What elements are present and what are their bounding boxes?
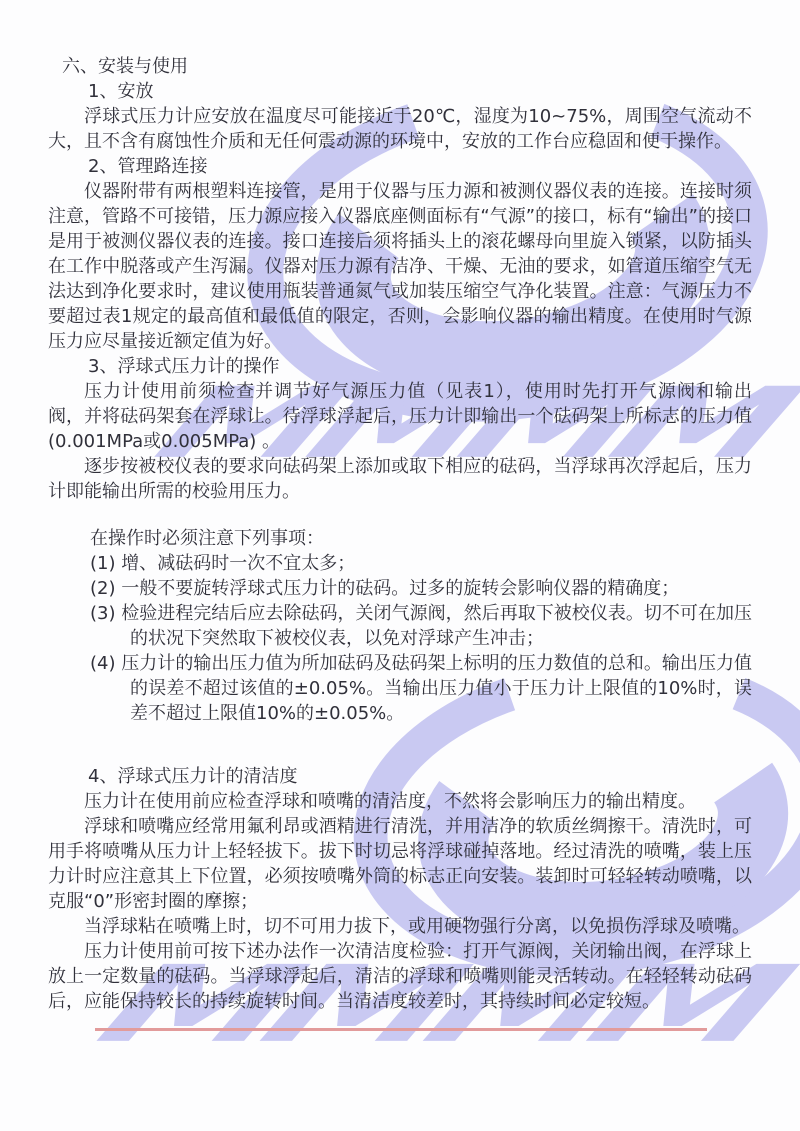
section-piping: 2、管理路连接 仪器附带有两根塑料连接管，是用于仪器与压力源和被测仪器仪表的连接… (48, 154, 752, 354)
document-body: 六、安装与使用 1、安放 浮球式压力计应安放在温度尽可能接近于20℃，湿度为10… (48, 54, 752, 1014)
section-cleanliness: 4、浮球式压力计的清洁度 压力计在使用前应检查浮球和喷嘴的清洁度，不然将会影响压… (48, 764, 752, 1014)
list-item-text: 压力计的输出压力值为所加砝码及砝码架上标明的压力数值的总和。输出压力值的误差不超… (121, 653, 752, 724)
section-operation: 3、浮球式压力计的操作 压力计使用前须检查并调节好气源压力值（见表1），使用时先… (48, 354, 752, 726)
paragraph: 逐步按被校仪表的要求向砝码架上添加或取下相应的砝码，当浮球再次浮起后，压力计即能… (48, 454, 752, 504)
paragraph: 压力计使用前可按下述办法作一次清洁度检验：打开气源阀，关闭输出阀，在浮球上放上一… (48, 939, 752, 1014)
section-heading: 1、安放 (88, 79, 752, 104)
list-marker: (3) (90, 603, 116, 624)
section-heading: 3、浮球式压力计的操作 (88, 354, 752, 379)
list-item: (2) 一般不要旋转浮球式压力计的砝码。过多的旋转会影响仪器的精确度； (90, 576, 752, 601)
list-item-text: 检验进程完结后应去除砝码，关闭气源阀，然后再取下被校仪表。切不可在加压的状况下突… (121, 603, 752, 649)
paragraph: 压力计在使用前应检查浮球和喷嘴的清洁度，不然将会影响压力的输出精度。 (48, 789, 752, 814)
list-item-text: 一般不要旋转浮球式压力计的砝码。过多的旋转会影响仪器的精确度； (121, 578, 679, 599)
section-install: 1、安放 浮球式压力计应安放在温度尽可能接近于20℃，湿度为10~75%，周围空… (48, 79, 752, 154)
list-item: (3) 检验进程完结后应去除砝码，关闭气源阀，然后再取下被校仪表。切不可在加压的… (90, 601, 752, 651)
list-item: (4) 压力计的输出压力值为所加砝码及砝码架上标明的压力数值的总和。输出压力值的… (90, 651, 752, 726)
paragraph: 浮球和喷嘴应经常用氟利昂或酒精进行清洗，并用洁净的软质丝绸擦干。清洗时，可用手将… (48, 814, 752, 914)
list-item-text: 增、减砝码时一次不宜太多； (121, 553, 355, 574)
watermark-accent-underline (95, 1028, 707, 1031)
list-marker: (4) (90, 653, 116, 674)
paragraph: 浮球式压力计应安放在温度尽可能接近于20℃，湿度为10~75%，周围空气流动不大… (48, 104, 752, 154)
list-marker: (2) (90, 578, 116, 599)
paragraph: 当浮球粘在喷嘴上时，切不可用力拔下，或用硬物强行分离，以免损伤浮球及喷嘴。 (48, 914, 752, 939)
paragraph: 仪器附带有两根塑料连接管，是用于仪器与压力源和被测仪器仪表的连接。连接时须注意，… (48, 179, 752, 354)
list-item: (1) 增、减砝码时一次不宜太多； (90, 551, 752, 576)
section-heading: 2、管理路连接 (88, 154, 752, 179)
scanned-document-page: MMMM MMMM 六、安装与使用 1、安放 浮球式压力计应安放在温度尽可能接近… (0, 0, 800, 1131)
paragraph: 压力计使用前须检查并调节好气源压力值（见表1），使用时先打开气源阀和输出阀，并将… (48, 379, 752, 454)
section-heading: 4、浮球式压力计的清洁度 (88, 764, 752, 789)
list-marker: (1) (90, 553, 116, 574)
note-line: 在操作时必须注意下列事项： (90, 526, 752, 551)
chapter-heading: 六、安装与使用 (62, 54, 752, 79)
